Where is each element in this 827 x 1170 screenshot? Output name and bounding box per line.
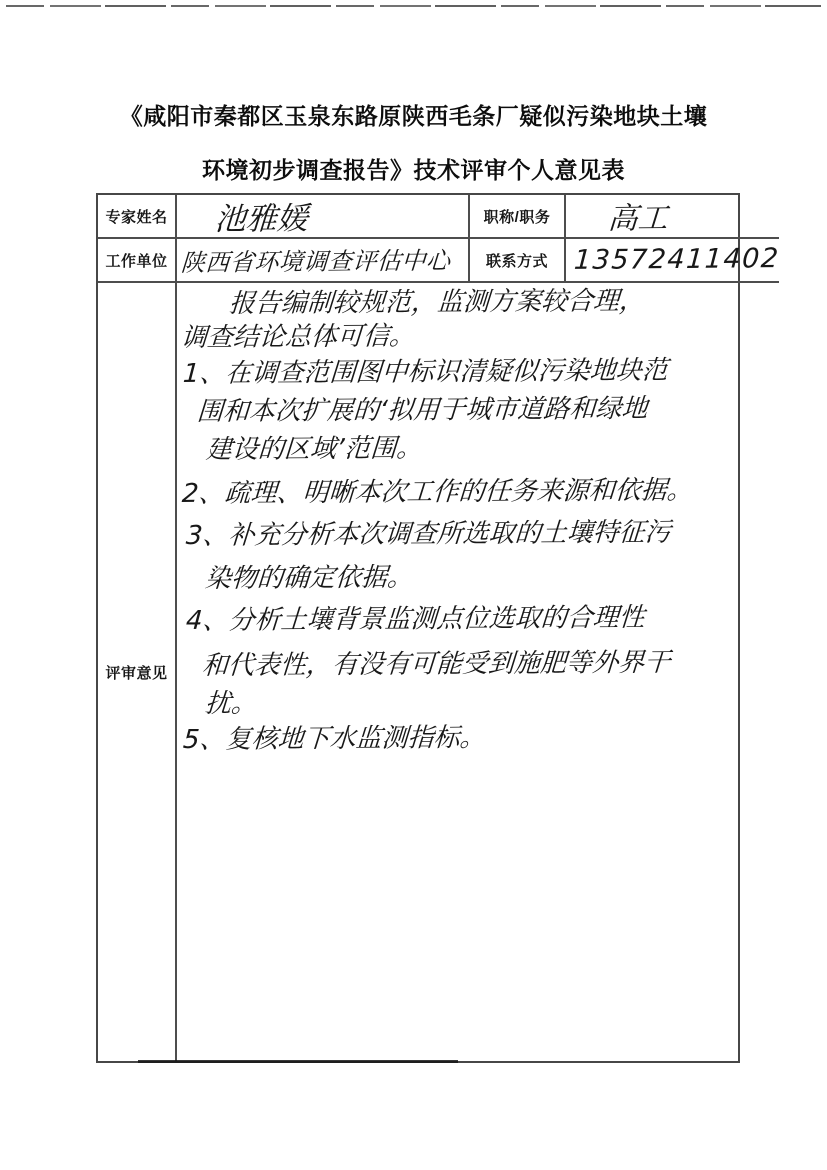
opinion-line: 调查结论总体可信。	[180, 321, 416, 353]
expert-name-cell: 池雅媛	[177, 195, 470, 239]
title-position-label: 职称/职务	[470, 195, 566, 239]
opinion-line: 和代表性，有没有可能受到施肥等外界干	[201, 648, 671, 681]
expert-name-value: 池雅媛	[176, 192, 310, 238]
opinion-line: 围和本次扩展的‘拟用于城市道路和绿地	[196, 394, 648, 427]
work-unit-label: 工作单位	[98, 239, 177, 283]
contact-value: 13572411402	[565, 243, 780, 276]
opinion-line: 5、复核地下水监测指标。	[182, 723, 487, 755]
scan-artifact-top-edge	[6, 5, 821, 7]
scanned-review-form-page: 《咸阳市秦都区玉泉东路原陕西毛条厂疑似污染地块土壤 环境初步调查报告》技术评审个…	[0, 0, 827, 1170]
document-title-line-2: 环境初步调查报告》技术评审个人意见表	[0, 155, 827, 185]
contact-label: 联系方式	[470, 239, 566, 283]
contact-cell: 13572411402	[566, 239, 779, 283]
title-position-cell: 高工	[566, 195, 779, 239]
opinion-line: 3、补充分析本次调查所选取的土壤特征污	[185, 518, 672, 551]
scan-artifact-bottom-smudge	[138, 1060, 458, 1063]
opinion-line: 4、分析土壤背景监测点位选取的合理性	[185, 603, 646, 636]
work-unit-value: 陕西省环境调查评估中心	[176, 240, 452, 277]
expert-name-label: 专家姓名	[98, 195, 177, 239]
document-title: 《咸阳市秦都区玉泉东路原陕西毛条厂疑似污染地块土壤 环境初步调查报告》技术评审个…	[0, 101, 827, 185]
title-position-value: 高工	[565, 193, 670, 238]
work-unit-cell: 陕西省环境调查评估中心	[177, 239, 470, 283]
opinion-line: 建设的区域’范围。	[205, 433, 423, 465]
opinion-line: 扰。	[204, 689, 258, 719]
opinion-line: 2、疏理、明晰本次工作的任务来源和依据。	[181, 475, 694, 509]
opinion-label: 评审意见	[98, 283, 177, 1061]
opinion-line: 1、在调查范围图中标识清疑似污染地块范	[182, 356, 669, 389]
opinion-content-cell: 报告编制较规范，监测方案较合理， 调查结论总体可信。 1、在调查范围图中标识清疑…	[177, 283, 779, 1061]
document-title-line-1: 《咸阳市秦都区玉泉东路原陕西毛条厂疑似污染地块土壤	[0, 101, 827, 131]
review-form-table: 专家姓名 池雅媛 职称/职务 高工 工作单位 陕西省环境调查评估中心 联系方式 …	[96, 193, 740, 1063]
opinion-line: 染物的确定依据。	[204, 563, 414, 594]
opinion-line: 报告编制较规范，监测方案较合理，	[228, 286, 646, 319]
